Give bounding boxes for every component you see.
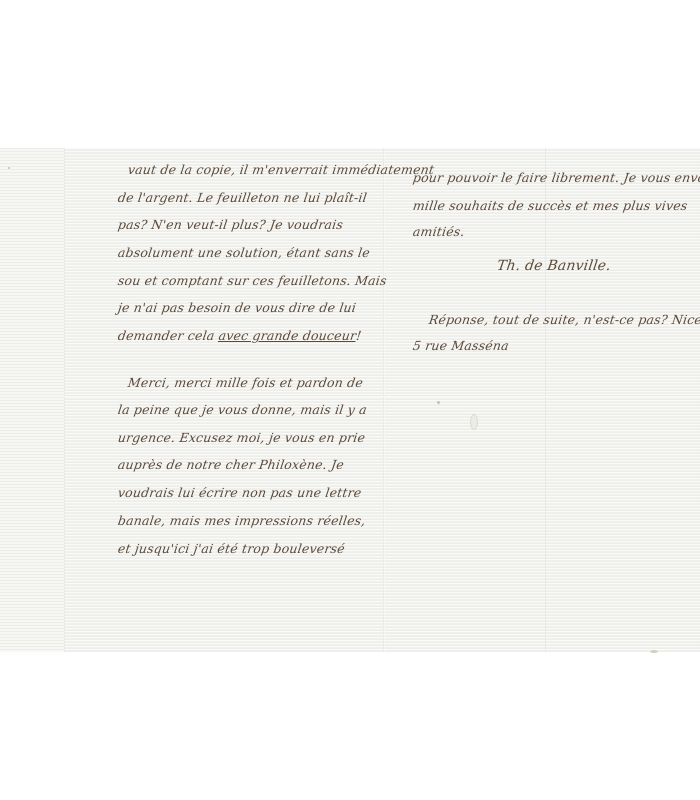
paper-speck [437, 401, 440, 404]
text-line: Merci, merci mille fois et pardon de [127, 375, 364, 390]
text-line: pas? N'en veut-il plus? Je voudrais [117, 217, 344, 232]
letter-paper [0, 148, 700, 652]
text-line: de l'argent. Le feuilleton ne lui plaît-… [117, 190, 368, 205]
text-line: pour pouvoir le faire librement. Je vous… [412, 170, 700, 185]
signature: Th. de Banville. [496, 258, 612, 274]
text-line: auprès de notre cher Philoxène. Je [117, 457, 345, 472]
text-line: amitiés. [412, 224, 466, 239]
text-line: la peine que je vous donne, mais il y a [117, 402, 368, 417]
paper-speck [650, 650, 658, 653]
postscript-address: 5 rue Masséna [412, 338, 510, 353]
text-line: vaut de la copie, il m'enverrait immédia… [127, 162, 435, 177]
text-line: absolument une solution, étant sans le [117, 245, 371, 260]
postscript-line: Réponse, tout de suite, n'est-ce pas? Ni… [428, 312, 700, 327]
horizontal-crease [64, 395, 700, 397]
text-line: mille souhaits de succès et mes plus viv… [412, 198, 689, 213]
text-line: je n'ai pas besoin de vous dire de lui [117, 300, 357, 315]
text-line: banale, mais mes impressions réelles, [117, 513, 367, 528]
center-fold [383, 148, 385, 652]
text-line: sou et comptant sur ces feuilletons. Mai… [117, 273, 388, 288]
text: demander cela avec grande douceur! [117, 328, 363, 343]
text-line: urgence. Excusez moi, je vous en prie [117, 430, 366, 445]
underlined-phrase: avec grande douceur [218, 328, 358, 343]
text-line: et jusqu'ici j'ai été trop bouleversé [117, 541, 346, 556]
vertical-crease [545, 148, 546, 652]
paper-speck [8, 167, 10, 169]
paper-blemish [470, 414, 478, 430]
text-line: voudrais lui écrire non pas une lettre [117, 485, 363, 500]
paper-edge-strip [0, 148, 65, 652]
text-line-underlined: demander cela avec grande douceur! [117, 328, 363, 343]
